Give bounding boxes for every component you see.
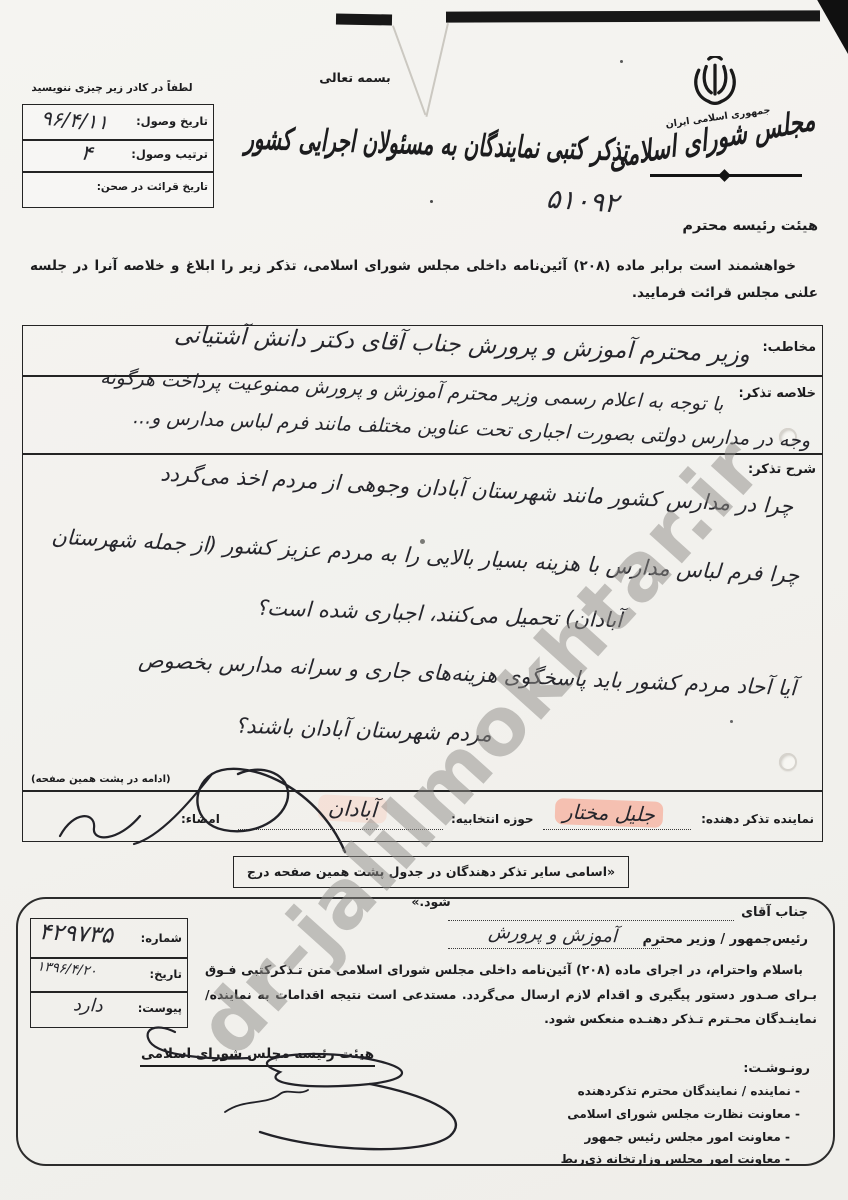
district-label: حوزه انتخابیه: [451,812,534,826]
number-value: ۴۲۹۷۳۵ [38,919,113,949]
others-note-box: «اسامی سایر تذکر دهندگان در جدول پشت همی… [233,856,629,888]
description-line-2: چرا فرم لباس مدارس با هزینه بسیار بالایی… [51,524,800,587]
copies-item-2: معاونت نظارت مجلس شورای اسلامی [567,1107,800,1121]
number-box-divider-2 [31,991,187,993]
description-line-4: آیا آحاد مردم کشور باید پاسخگوی هزینه‌ها… [137,648,796,701]
copies-item-1: نماینده / نمایندگان محترم تذکردهنده [578,1084,800,1098]
receipt-box-divider-2 [23,171,213,173]
president-minister-label: رئیس‌جمهور / وزیر محترم [642,932,808,947]
copies-item-3: معاونت امور مجلس رئیس جمهور [585,1130,791,1144]
intro-paragraph: خواهشمند است برابر ماده (۲۰۸) آئین‌نامه … [30,253,818,307]
salutation: هیئت رئیسه محترم [588,218,818,234]
fold-crease-right [425,23,449,117]
scan-artifact-corner-triangle [804,0,848,54]
rep-label: نماینده تذکر دهنده: [701,812,814,826]
emblem-flourish-diamond [718,169,731,182]
signer-initials-icon [52,798,152,848]
dear-sir-label: جناب آقای [741,905,808,920]
description-label: شرح تذکر: [748,462,816,477]
rep-signature-icon [120,752,360,862]
iran-emblem-icon [690,56,740,112]
receipt-box: تاریخ وصول: ۹۶/۴/۱۱ ترتیب وصول: ۴ تاریخ … [22,104,214,208]
scan-specks [430,200,433,203]
scan-artifact-band-left [336,14,392,26]
scanned-document-page: لطفاً در کادر زیر چیزی ننویسید تاریخ وصو… [0,0,848,1200]
attachment-value: دارد [72,994,103,1017]
ministry-value: آموزش و پرورش [488,922,618,947]
description-line-1: چرا در مدارس کشور مانند شهرستان آبادان و… [160,461,794,518]
description-line-5: مردم شهرستان آبادان باشند؟ [235,714,493,747]
besmele: بسمه تعالی [300,70,410,85]
receipt-date-value: ۹۶/۴/۱۱ [40,106,109,135]
summary-label: خلاصه تذکر: [739,386,816,401]
attachment-label: پیوست: [138,1001,182,1015]
doc-number-handwritten: ۵۱۰۹۲ [545,184,620,220]
receipt-box-divider-1 [23,139,213,141]
receipt-order-label: ترتیب وصول: [131,147,208,161]
number-box-divider-1 [31,957,187,959]
receipt-date-label: تاریخ وصول: [136,114,208,128]
form-divider-2 [23,453,822,455]
date-value: ۱۳۹۶/۴/۲۰ [36,958,97,979]
copies-item-4: معاونت امور مجلس وزارتخانه ذی‌ربط [561,1152,790,1166]
ministry-dotted-line [448,948,660,949]
scan-artifact-band-right [446,10,820,22]
number-box: شماره: ۴۲۹۷۳۵ تاریخ: ۱۳۹۶/۴/۲۰ پیوست: دا… [30,918,188,1028]
addressee-label: مخاطب: [762,340,816,355]
date-label: تاریخ: [150,967,182,981]
addressee-value: وزیر محترم آموزش و پرورش جناب آقای دکتر … [174,322,750,368]
rep-name-value: جلیل مختار [555,798,664,828]
description-line-3: آبادان) تحمیل می‌کنند، اجباری شده است؟ [255,596,622,633]
reading-date-label: تاریخ قرائت در صحن: [97,181,208,193]
rep-dotted-line [543,829,691,830]
document-title: تذکر کتبی نمایندگان به مسئولان اجرایی کش… [252,120,628,168]
copies-title: رونـوشـت: [743,1060,810,1075]
no-write-note: لطفاً در کادر زیر چیزی ننویسید [28,82,196,94]
number-label: شماره: [141,931,182,945]
receipt-order-value: ۴ [79,140,94,165]
stamp-signature-icon [120,1020,540,1160]
